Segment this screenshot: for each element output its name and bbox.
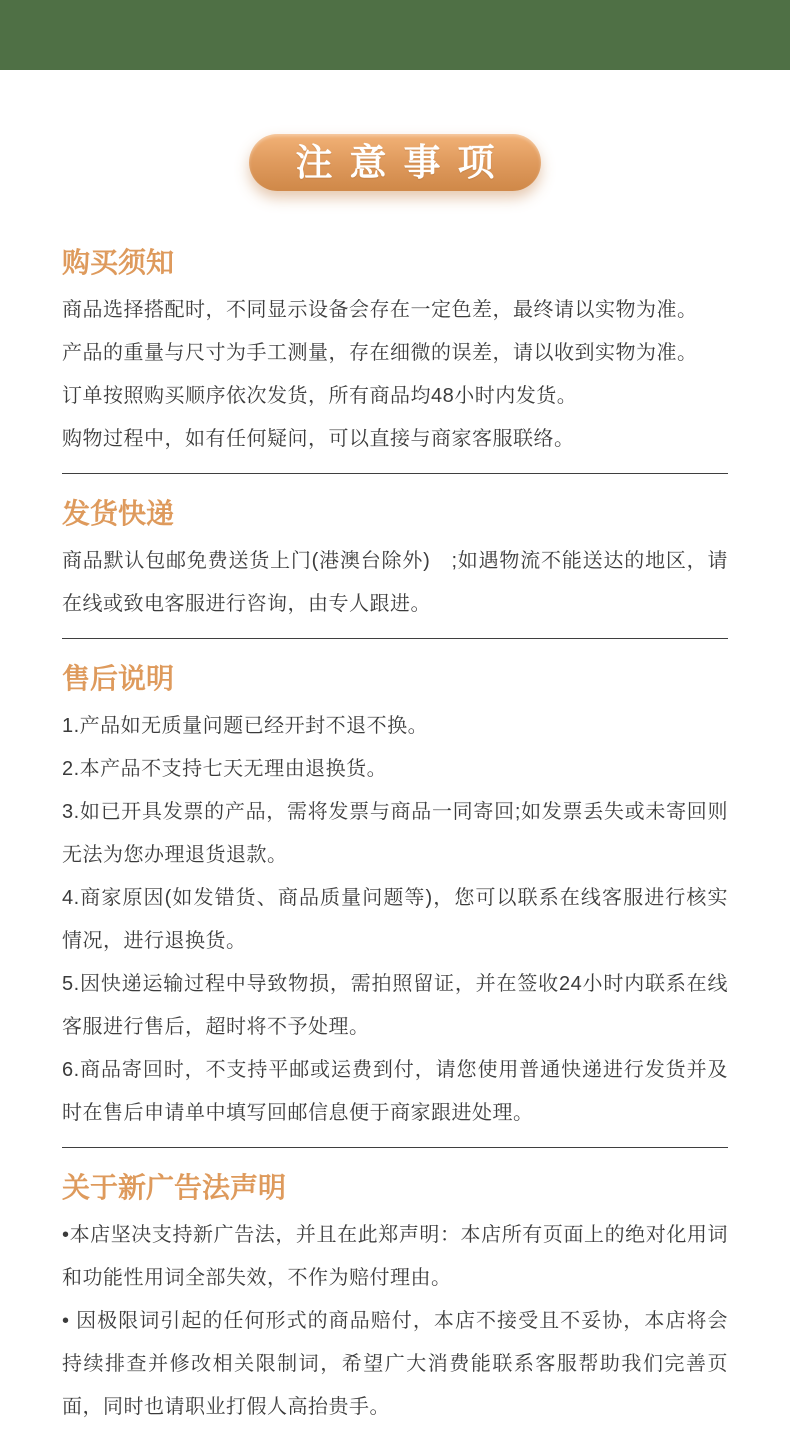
section-title-shipping: 发货快递 — [62, 492, 728, 536]
notice-badge: 注意事项 — [249, 134, 541, 191]
paragraph: •本店坚决支持新广告法，并且在此郑声明：本店所有页面上的绝对化用词和功能性用词全… — [62, 1214, 728, 1300]
section-purchase-notes: 购买须知 商品选择搭配时，不同显示设备会存在一定色差，最终请以实物为准。 产品的… — [62, 223, 728, 473]
section-title-ad-law: 关于新广告法声明 — [62, 1166, 728, 1210]
paragraph: 商品默认包邮免费送货上门(港澳台除外) ;如遇物流不能送达的地区，请在线或致电客… — [62, 540, 728, 626]
paragraph: 6.商品寄回时，不支持平邮或运费到付，请您使用普通快递进行发货并及时在售后申请单… — [62, 1049, 728, 1135]
notice-content: 购买须知 商品选择搭配时，不同显示设备会存在一定色差，最终请以实物为准。 产品的… — [0, 223, 790, 1438]
paragraph: 1.产品如无质量问题已经开封不退不换。 — [62, 705, 728, 748]
section-shipping: 发货快递 商品默认包邮免费送货上门(港澳台除外) ;如遇物流不能送达的地区，请在… — [62, 474, 728, 638]
notice-page: 注意事项 购买须知 商品选择搭配时，不同显示设备会存在一定色差，最终请以实物为准… — [0, 0, 790, 1438]
paragraph: 5.因快递运输过程中导致物损，需拍照留证，并在签收24小时内联系在线客服进行售后… — [62, 963, 728, 1049]
top-green-bar — [0, 0, 790, 70]
section-ad-law-statement: 关于新广告法声明 •本店坚决支持新广告法，并且在此郑声明：本店所有页面上的绝对化… — [62, 1148, 728, 1438]
section-title-after-sales: 售后说明 — [62, 657, 728, 701]
paragraph: 产品的重量与尺寸为手工测量，存在细微的误差，请以收到实物为准。 — [62, 332, 728, 375]
badge-row: 注意事项 — [0, 134, 790, 191]
paragraph: 商品选择搭配时，不同显示设备会存在一定色差，最终请以实物为准。 — [62, 289, 728, 332]
section-title-purchase-notes: 购买须知 — [62, 241, 728, 285]
paragraph: • 因极限词引起的任何形式的商品赔付，本店不接受且不妥协，本店将会持续排查并修改… — [62, 1300, 728, 1429]
section-after-sales: 售后说明 1.产品如无质量问题已经开封不退不换。 2.本产品不支持七天无理由退换… — [62, 639, 728, 1147]
paragraph: 订单按照购买顺序依次发货，所有商品均48小时内发货。 — [62, 375, 728, 418]
notice-badge-label: 注意事项 — [279, 144, 512, 181]
paragraph: 2.本产品不支持七天无理由退换货。 — [62, 748, 728, 791]
paragraph: 购物过程中，如有任何疑问，可以直接与商家客服联络。 — [62, 418, 728, 461]
paragraph: 4.商家原因(如发错货、商品质量问题等)，您可以联系在线客服进行核实情况，进行退… — [62, 877, 728, 963]
paragraph: 3.如已开具发票的产品，需将发票与商品一同寄回;如发票丢失或未寄回则无法为您办理… — [62, 791, 728, 877]
